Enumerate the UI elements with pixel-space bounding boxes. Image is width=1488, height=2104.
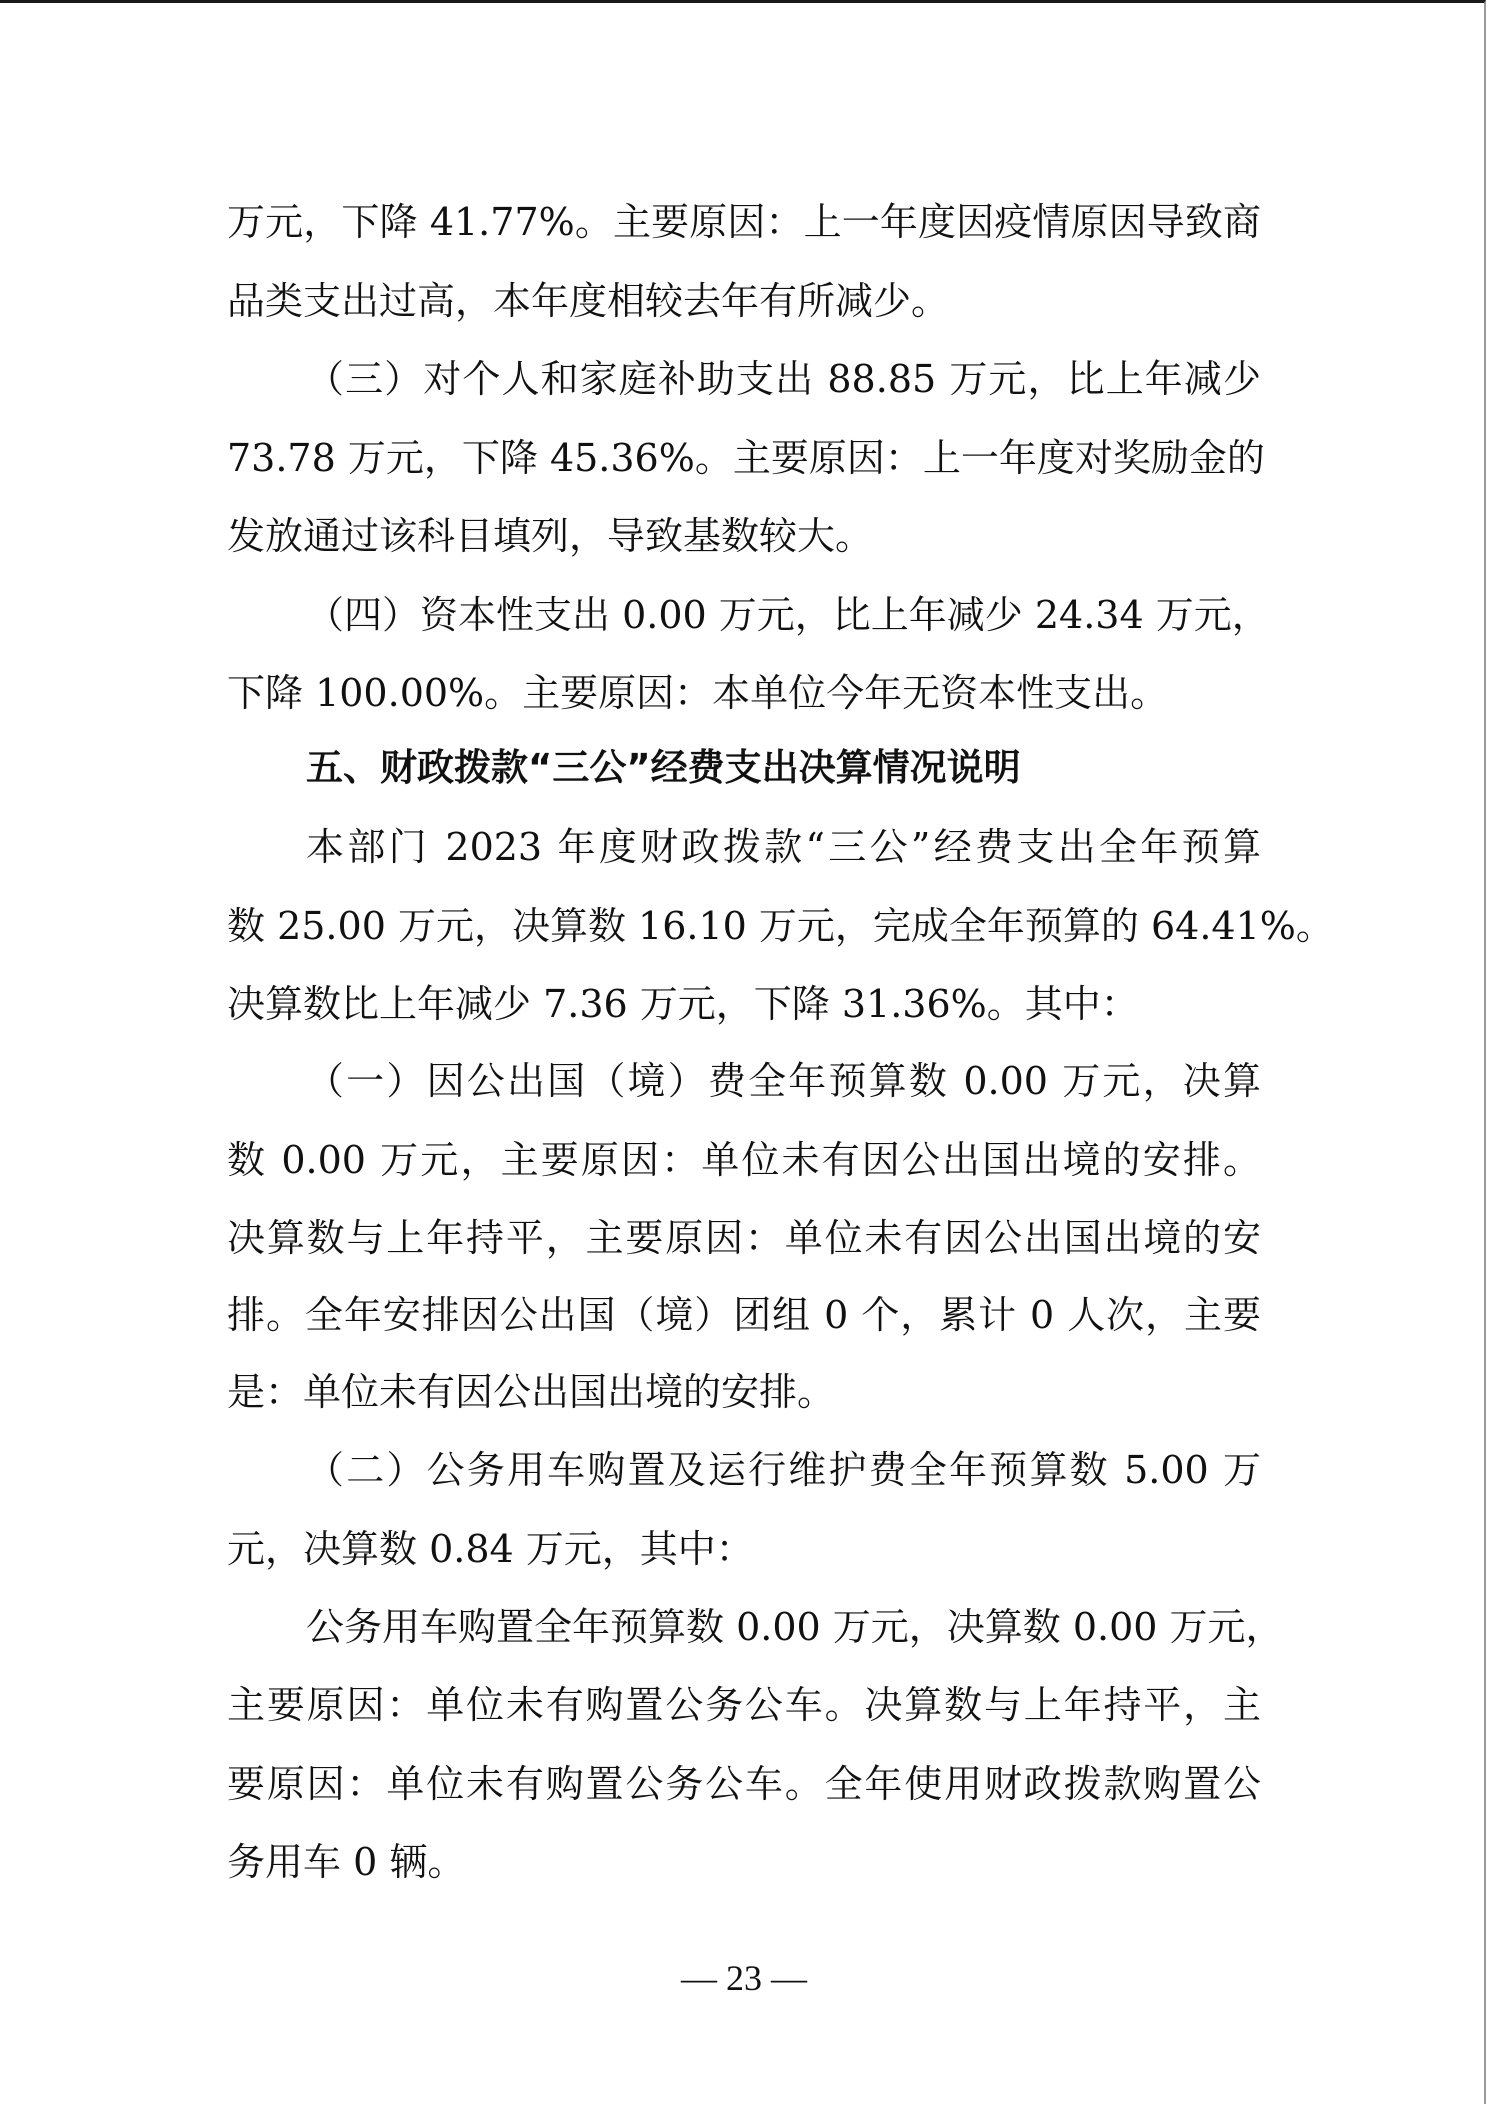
paragraph-line: 73.78 万元，下降 45.36%。主要原因：上一年度对奖励金的 [227,430,1261,486]
paragraph-line: 数 25.00 万元，决算数 16.10 万元，完成全年预算的 64.41%。 [227,898,1261,954]
paragraph-line: 元，决算数 0.84 万元，其中： [227,1521,1261,1577]
paragraph-line: 主要原因：单位未有购置公务公车。决算数与上年持平，主 [227,1677,1261,1733]
paragraph-line: 务用车 0 辆。 [227,1834,1261,1890]
paragraph-line-item-1-overseas-travel: （一）因公出国（境）费全年预算数 0.00 万元，决算 [306,1053,1261,1109]
paragraph-line: 决算数比上年减少 7.36 万元，下降 31.36%。其中： [227,976,1261,1032]
paragraph-line-item-2-vehicle-costs: （二）公务用车购置及运行维护费全年预算数 5.00 万 [306,1442,1261,1498]
paragraph-line: 要原因：单位未有购置公务公车。全年使用财政拨款购置公 [227,1756,1261,1812]
paragraph-line-item-3-personal-subsidy: （三）对个人和家庭补助支出 88.85 万元，比上年减少 [306,351,1261,407]
section-heading-five: 五、财政拨款“三公”经费支出决算情况说明 [306,740,1261,796]
paragraph-line-vehicle-purchase: 公务用车购置全年预算数 0.00 万元，决算数 0.00 万元， [306,1599,1261,1655]
paragraph-line: 万元，下降 41.77%。主要原因：上一年度因疫情原因导致商 [227,194,1261,250]
paragraph-line: 是：单位未有因公出国出境的安排。 [227,1364,1261,1420]
paragraph-line: 排。全年安排因公出国（境）团组 0 个，累计 0 人次，主要 [227,1287,1261,1343]
paragraph-line: 发放通过该科目填列，导致基数较大。 [227,508,1261,564]
paragraph-line: 决算数与上年持平，主要原因：单位未有因公出国出境的安 [227,1210,1261,1266]
page-number: — 23 — [0,1955,1488,2001]
paragraph-line: 数 0.00 万元，主要原因：单位未有因公出国出境的安排。 [227,1132,1261,1188]
paragraph-line-item-4-capital-expenditure: （四）资本性支出 0.00 万元，比上年减少 24.34 万元， [306,587,1261,643]
paragraph-line-three-public-overview: 本部门 2023 年度财政拨款“三公”经费支出全年预算 [306,819,1261,875]
paragraph-line: 品类支出过高，本年度相较去年有所减少。 [227,273,1261,329]
paragraph-line: 下降 100.00%。主要原因：本单位今年无资本性支出。 [227,665,1261,721]
document-page: 万元，下降 41.77%。主要原因：上一年度因疫情原因导致商 品类支出过高，本年… [0,0,1486,2104]
